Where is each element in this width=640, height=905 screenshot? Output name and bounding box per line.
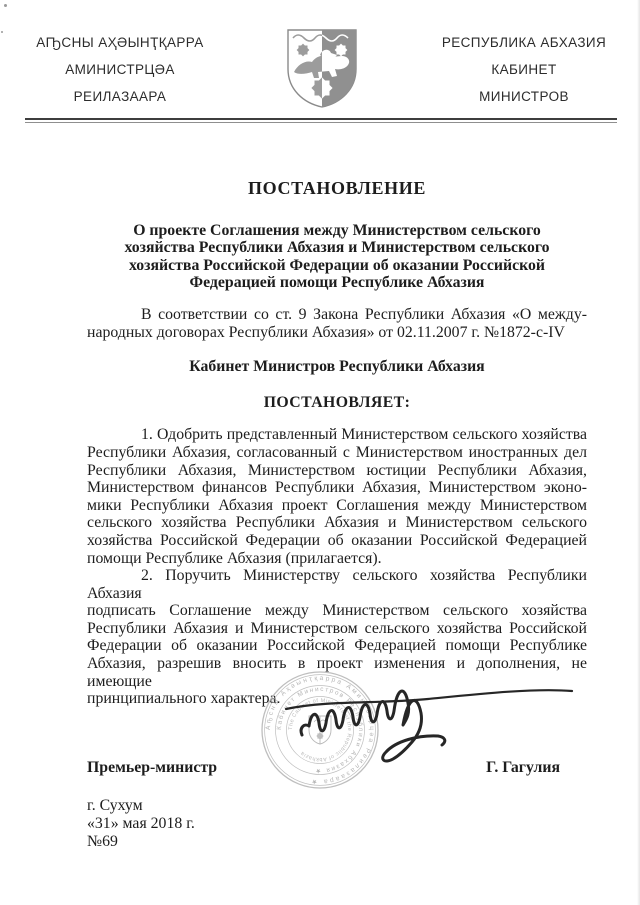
resolution-item-2: 2. Поручить Министерству сельского хозяй… bbox=[87, 567, 587, 708]
letterhead-right-russian: РЕСПУБЛИКА АБХАЗИЯКАБИНЕТМИНИСТРОВ bbox=[424, 27, 624, 110]
signatory-role: Премьер-министр bbox=[87, 759, 217, 777]
text-line: мики Республики Абхазия проект Соглашени… bbox=[87, 497, 587, 515]
document-subject: О проекте Соглашения между Министерством… bbox=[87, 222, 587, 292]
footer-city: г. Сухум bbox=[87, 797, 587, 815]
document-footer: г. Сухум «31» мая 2018 г. №69 bbox=[87, 797, 587, 850]
text-line: Федерацией помощи Республике Абхазия bbox=[87, 274, 587, 292]
resolves-line: ПОСТАНОВЛЯЕТ: bbox=[87, 394, 587, 412]
resolution-item-1: 1. Одобрить представленный Министерством… bbox=[87, 426, 587, 567]
scan-speck bbox=[1, 31, 3, 33]
text-line: РЕИЛАЗААРА bbox=[20, 83, 220, 110]
text-line: сельского хозяйства Республики Абхазия и… bbox=[87, 514, 587, 532]
signature-row: Премьер-министр Г. Гагулия bbox=[87, 759, 587, 777]
footer-date: «31» мая 2018 г. bbox=[87, 815, 587, 833]
text-line: Республики Абхазия и Министерством сельс… bbox=[87, 620, 587, 638]
text-line: помощи Республике Абхазия (прилагается). bbox=[87, 550, 587, 568]
text-line: АМИНИСТРЦӘА bbox=[20, 56, 220, 83]
scan-speck bbox=[4, 4, 7, 7]
text-line: народных договорах Республики Абхазия» о… bbox=[87, 324, 587, 342]
preamble: В соответствии со ст. 9 Закона Республик… bbox=[87, 306, 587, 341]
document-body: ПОСТАНОВЛЕНИЕ О проекте Соглашения между… bbox=[87, 180, 587, 850]
text-line: хозяйства Республики Абхазия и Министерс… bbox=[87, 239, 587, 257]
divider-rule bbox=[25, 118, 617, 123]
text-line: 1. Одобрить представленный Министерством… bbox=[87, 426, 587, 444]
text-line: Республики Абхазия, согласованный с Мини… bbox=[87, 444, 587, 462]
text-line: О проекте Соглашения между Министерством… bbox=[87, 222, 587, 240]
text-line: РЕСПУБЛИКА АБХАЗИЯ bbox=[424, 29, 624, 56]
text-line: Министерством финансов Республики Абхази… bbox=[87, 479, 587, 497]
letterhead: АҦСНЫ АҲӘЫНҬҚАРРААМИНИСТРЦӘАРЕИЛАЗААРА bbox=[0, 0, 640, 111]
signatory-name: Г. Гагулия bbox=[486, 759, 560, 777]
text-line: принципиального характера. bbox=[87, 690, 587, 708]
coat-of-arms-icon bbox=[282, 25, 362, 111]
text-line: хозяйства Российской Федерации об оказан… bbox=[87, 532, 587, 550]
authority-line: Кабинет Министров Республики Абхазия bbox=[87, 358, 587, 376]
text-line: Республики Абхазия, Министерством юстици… bbox=[87, 462, 587, 480]
text-line: 2. Поручить Министерству сельского хозяй… bbox=[87, 567, 587, 602]
text-line: КАБИНЕТ bbox=[424, 56, 624, 83]
text-line: Федерации об оказании Российской Федерац… bbox=[87, 637, 587, 655]
document-title: ПОСТАНОВЛЕНИЕ bbox=[87, 180, 587, 198]
letterhead-left-abkhaz: АҦСНЫ АҲӘЫНҬҚАРРААМИНИСТРЦӘАРЕИЛАЗААРА bbox=[20, 27, 220, 110]
text-line: АҦСНЫ АҲӘЫНҬҚАРРА bbox=[20, 29, 220, 56]
text-line: МИНИСТРОВ bbox=[424, 83, 624, 110]
document-page: АҦСНЫ АҲӘЫНҬҚАРРААМИНИСТРЦӘАРЕИЛАЗААРА bbox=[0, 0, 640, 905]
footer-number: №69 bbox=[87, 833, 587, 851]
text-line: В соответствии со ст. 9 Закона Республик… bbox=[87, 306, 587, 324]
text-line: Абхазия, разрешив вносить в проект измен… bbox=[87, 655, 587, 690]
text-line: подписать Соглашение между Министерством… bbox=[87, 602, 587, 620]
text-line: хозяйства Российской Федерации об оказан… bbox=[87, 257, 587, 275]
